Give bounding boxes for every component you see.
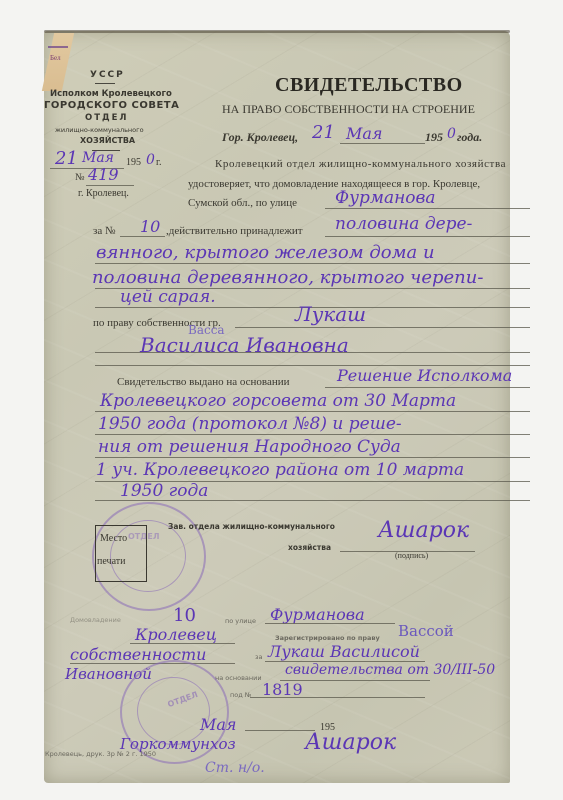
rule: [120, 236, 165, 237]
rule: [265, 623, 395, 624]
basis-line5: 1 уч. Кролевецкого района от 10 марта: [96, 460, 464, 480]
signature-caption: (подпись): [395, 551, 428, 560]
basis-label: Свидетельство выдано на основании: [117, 376, 290, 388]
header-date-month: Мая: [82, 150, 114, 166]
tab-fragment-text: Бел: [50, 54, 61, 62]
rule: [95, 263, 530, 264]
owner-surname: Лукаш: [295, 302, 366, 326]
basis-line4: ния от решения Народного Суда: [98, 437, 401, 457]
reg-basis-label: на основании: [215, 674, 262, 682]
header-line2: ГОРОДСКОГО СОВЕТА: [44, 100, 179, 111]
rule: [95, 500, 530, 501]
reg-number: 10: [173, 605, 196, 626]
owner-name: Василиса Ивановна: [140, 333, 349, 357]
property-desc-line3: половина деревянного, крытого черепи-: [92, 267, 483, 288]
seal-label-line2: печати: [97, 556, 125, 567]
header-rule: [95, 83, 115, 84]
belongs-label: ,действительно принадлежит: [166, 225, 303, 237]
body-street-label: Сумской обл., по улице: [188, 197, 297, 209]
rule: [340, 143, 425, 144]
header-date-day: 21: [55, 148, 78, 169]
reg-street: Фурманова: [270, 605, 365, 624]
reg-note: Ст. н/о.: [205, 760, 265, 776]
reg-signature: Ашарок: [305, 730, 396, 755]
rule: [235, 327, 530, 328]
printer-imprint: Кролевець, друк. 3р № 2 г. 1950: [45, 750, 156, 758]
house-number: 10: [140, 217, 160, 236]
rule: [50, 168, 80, 169]
reg-number-label: под №: [230, 691, 252, 699]
header-line3: ОТДЕЛ: [85, 113, 128, 123]
house-number-label: за №: [93, 225, 115, 237]
head-signature: Ашарок: [378, 518, 469, 543]
rule: [86, 185, 134, 186]
basis-line1: Решение Исполкома: [337, 366, 512, 385]
header-city: г. Кролевец.: [78, 188, 129, 199]
street-name: Фурманова: [335, 188, 436, 208]
header-number-value: 419: [88, 165, 119, 184]
reg-faded-label: Домовладение: [70, 616, 121, 624]
document-title: СВИДЕТЕЛЬСТВО: [275, 74, 463, 97]
rule: [95, 352, 530, 353]
reg-street-label: по улице: [225, 617, 256, 625]
tab-stripe: [48, 46, 68, 48]
rule: [95, 411, 530, 412]
head-of-dept-label: Зав. отдела жилищно-коммунального: [168, 522, 335, 531]
rule: [325, 236, 530, 237]
rule: [250, 697, 425, 698]
property-desc-line2: вянного, крытого железом дома и: [96, 242, 435, 263]
header-date-year-suffix: 0: [146, 152, 155, 168]
rule: [95, 457, 530, 458]
header-number-label: №: [75, 172, 85, 183]
reg-insert: Вассой: [398, 622, 454, 640]
header-date-g: г.: [156, 157, 161, 168]
registered-label: Зарегистрировано по праву: [275, 634, 380, 642]
seal-label-line1: Место: [100, 533, 127, 544]
city-date-month: Мая: [346, 124, 383, 143]
property-desc-line4: цей сарая.: [120, 287, 216, 307]
document-subtitle: НА ПРАВО СОБСТВЕННОСТИ НА СТРОЕНИЕ: [222, 102, 475, 117]
rule: [95, 434, 530, 435]
property-desc-line1: половина дере-: [335, 214, 472, 234]
rule: [130, 643, 235, 644]
city-date-day: 21: [312, 122, 335, 143]
city-date-label: Гор. Кролевец,: [222, 130, 298, 145]
basis-line3: 1950 года (протокол №8) и реше-: [98, 414, 402, 434]
city-date-year-suffix: 0: [447, 126, 456, 142]
basis-line6: 1950 года: [120, 481, 208, 501]
header-line4: жилищно-коммунального: [55, 126, 144, 134]
header-line5: ХОЗЯЙСТВА: [80, 136, 135, 145]
header-republic: УССР: [90, 70, 125, 80]
reg-basis: свидетельства от 30/III-50: [285, 662, 495, 678]
rule: [325, 208, 530, 209]
header-line1: Исполком Кролевецкого: [50, 89, 172, 99]
basis-line2: Кролевецкого горсовета от 30 Марта: [100, 391, 456, 411]
reg-owner: Лукаш Василисой: [268, 642, 420, 661]
reg-owner-label: за: [255, 653, 262, 661]
rule: [325, 387, 530, 388]
city-date-year: 195: [425, 130, 443, 145]
reg-date-month: Мая: [200, 715, 237, 734]
head-of-dept-label2: хозяйства: [288, 543, 331, 552]
header-date-year: 195: [126, 157, 141, 168]
city-date-year-word: года.: [457, 130, 482, 145]
body-line1: Кролевецкий отдел жилищно-коммунального …: [215, 158, 506, 170]
reg-city: Кролевец: [135, 625, 217, 644]
